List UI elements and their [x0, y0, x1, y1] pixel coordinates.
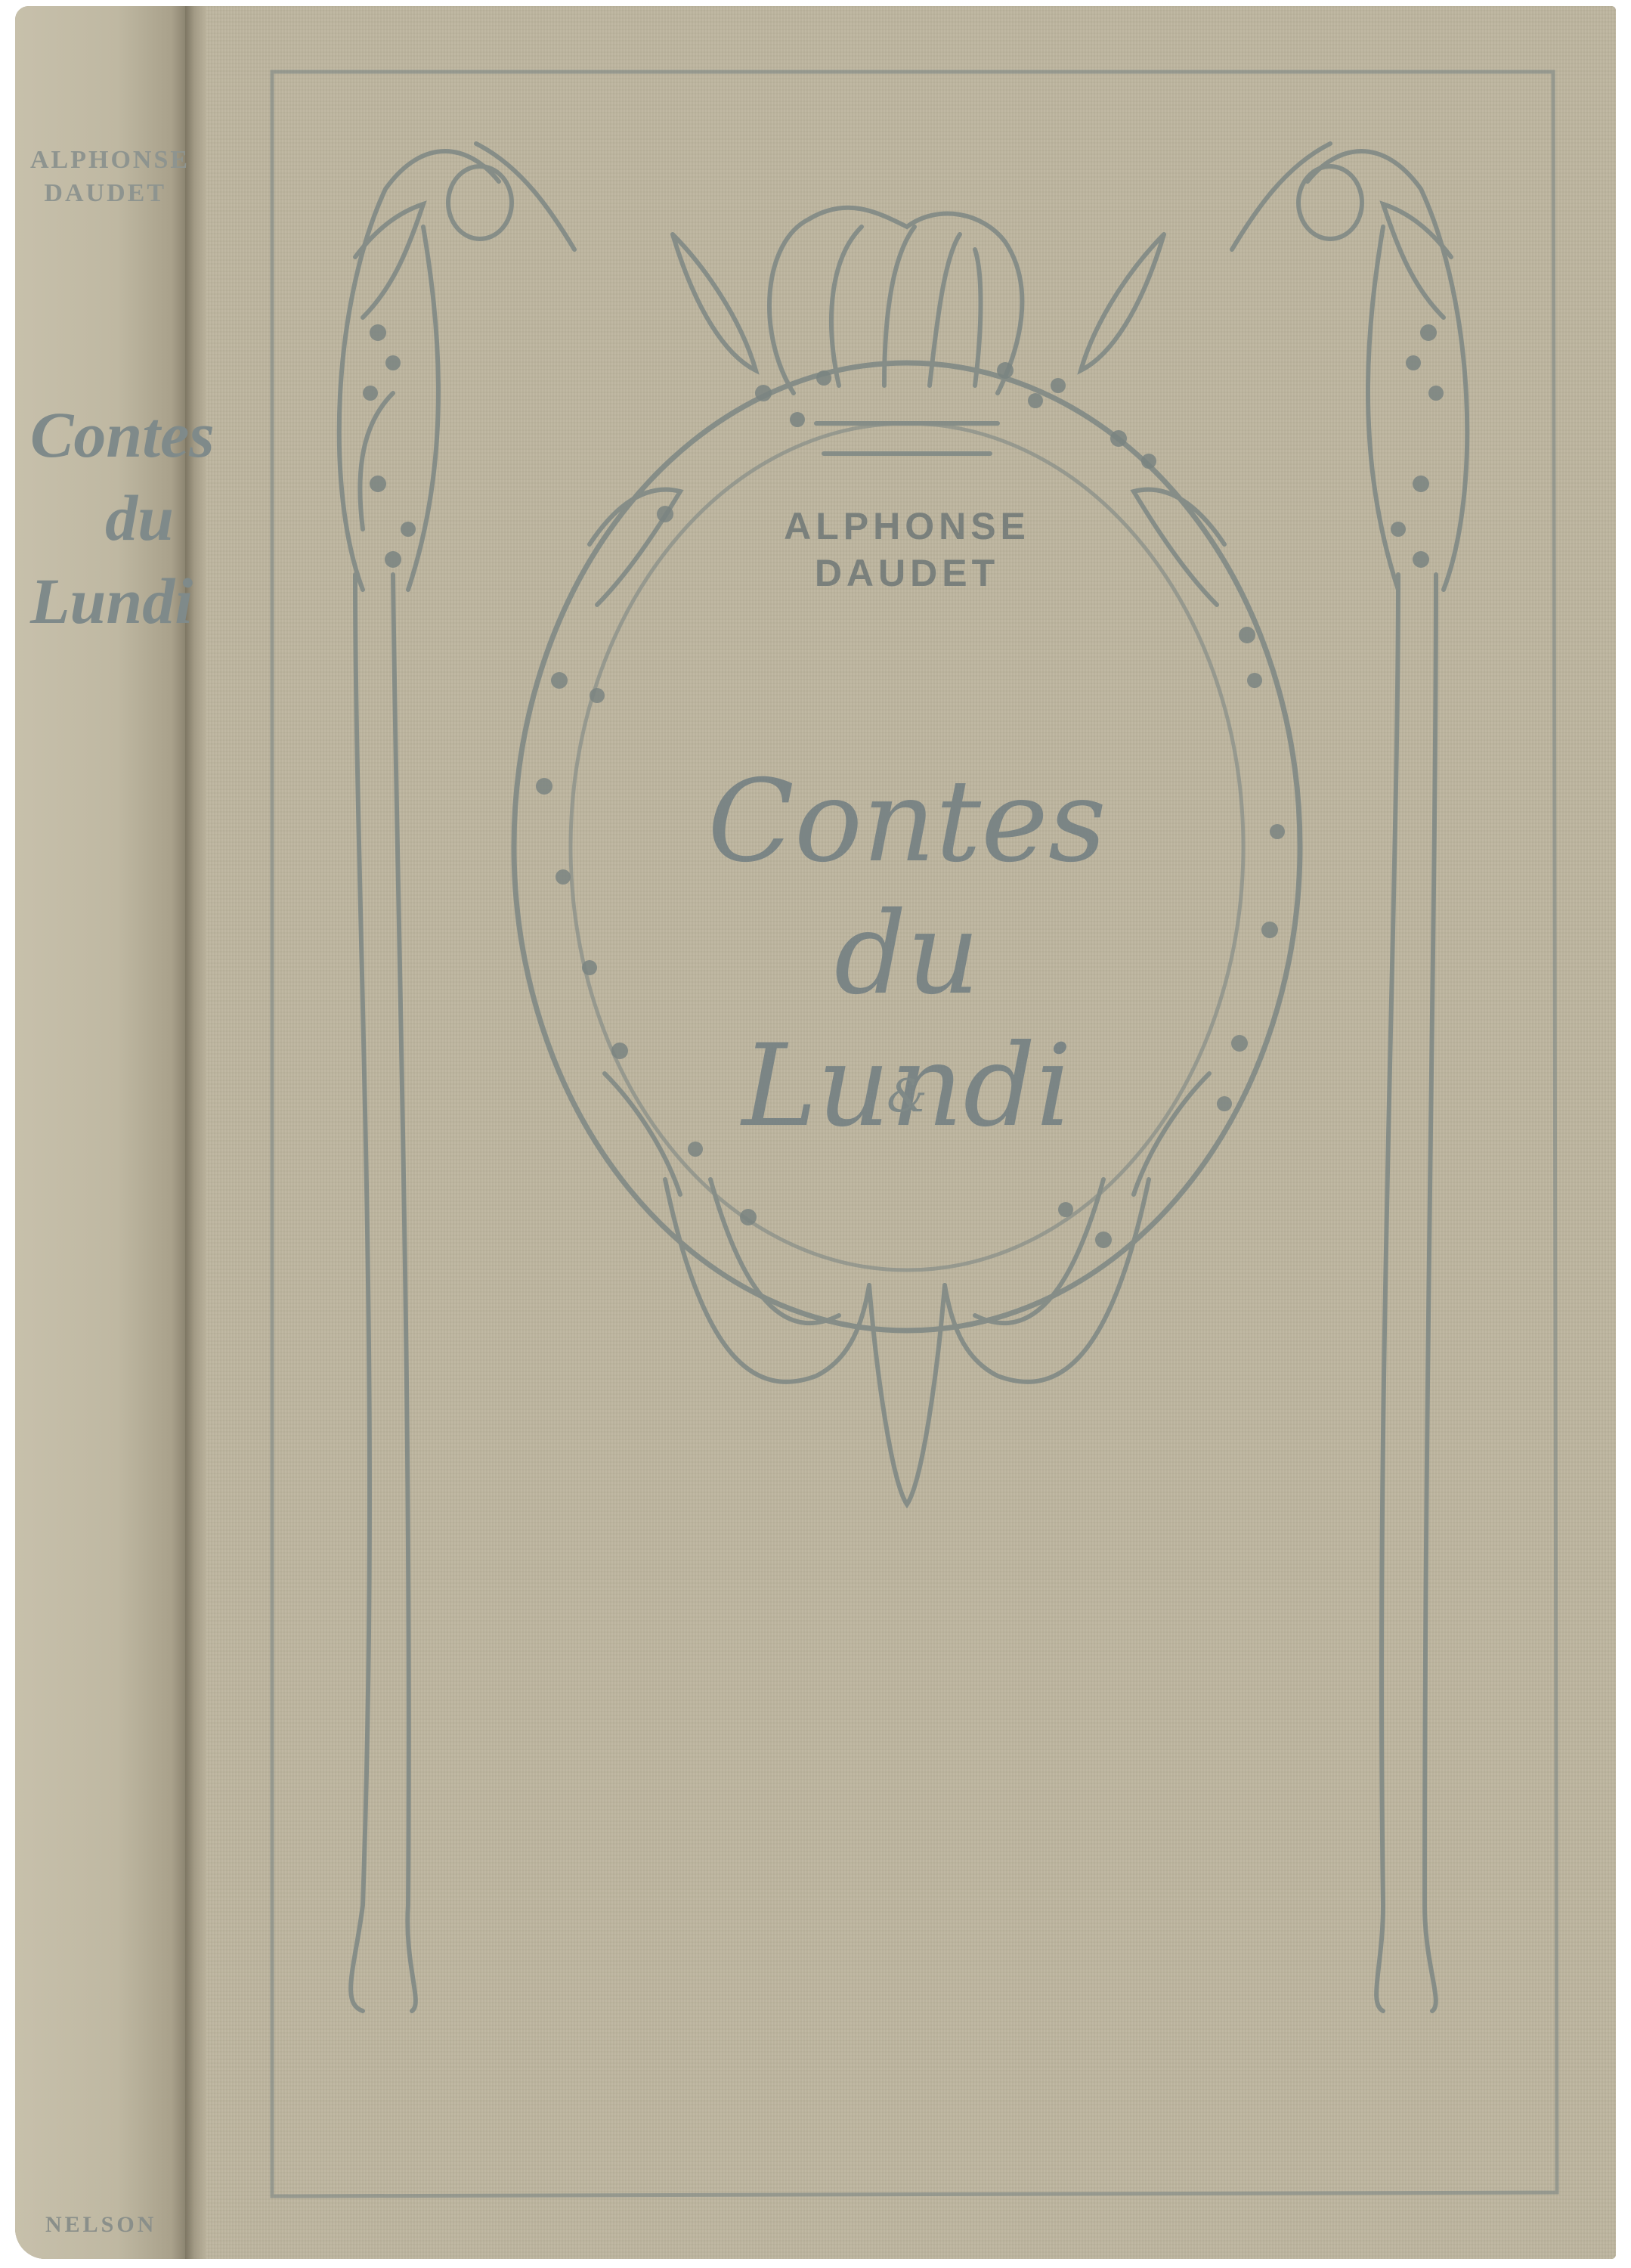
- author-first-name: ALPHONSE: [726, 503, 1088, 550]
- title-line-1: Contes du: [635, 756, 1179, 1021]
- cover-author: ALPHONSE DAUDET: [726, 503, 1088, 596]
- author-last-name: DAUDET: [726, 550, 1088, 596]
- flourish-ornament-icon: &: [846, 1070, 967, 1123]
